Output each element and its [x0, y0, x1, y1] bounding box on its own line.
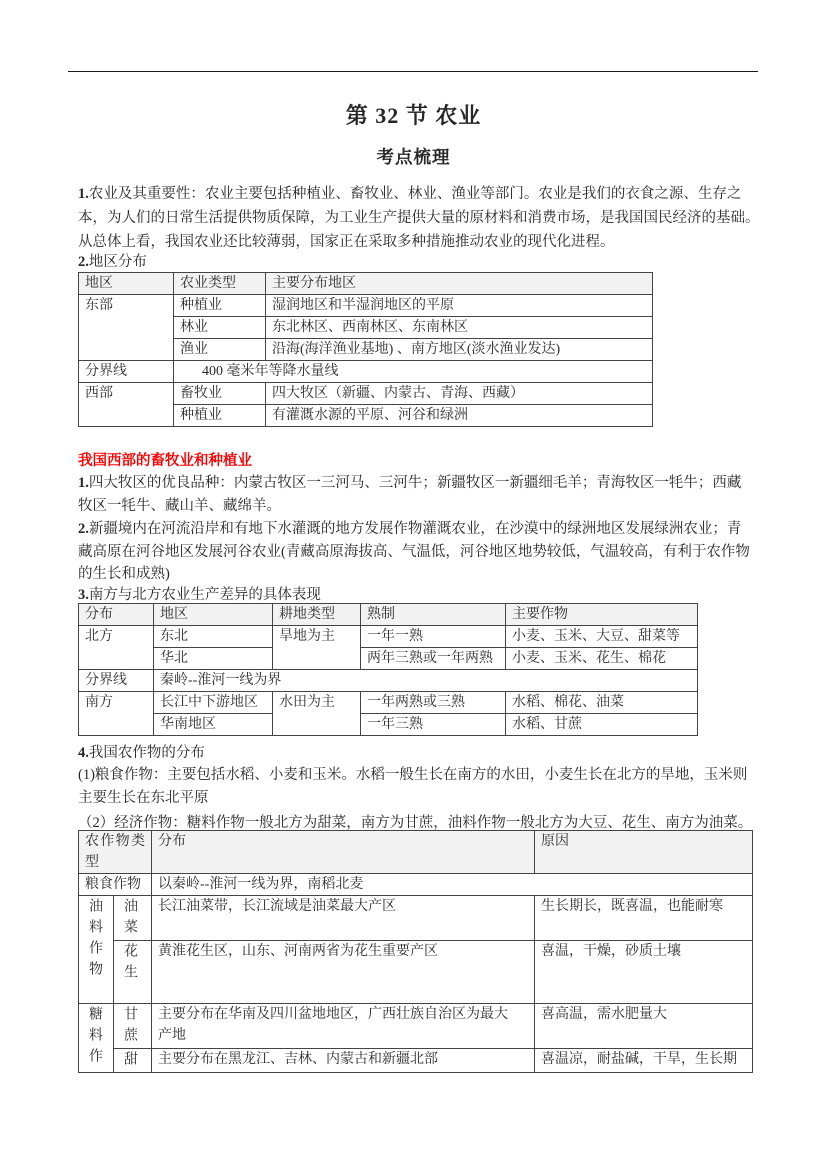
table-cell: 一年一熟 [361, 626, 506, 648]
section-3-label: 南方与北方农业生产差异的具体表现 [89, 587, 321, 603]
table-cell: 主要分布在黑龙江、吉林、内蒙古和新疆北部 [152, 1049, 535, 1073]
table-cell: 旱地为主 [273, 626, 361, 670]
table-row-divider: 分界线 400 毫米年等降水量线 [79, 361, 653, 383]
list-number: 4. [78, 745, 89, 761]
table-cell: 四大牧区（新疆、内蒙古、青海、西藏） [266, 383, 653, 405]
table-cell: 甜 [114, 1049, 152, 1073]
table-cell: 有灌溉水源的平原、河谷和绿洲 [266, 405, 653, 427]
section-title-exam-points: 考点梳理 [0, 144, 827, 169]
header-rule [68, 71, 758, 72]
table-row: 花生 黄淮花生区，山东、河南两省为花生重要产区 喜温，干燥，砂质土壤 [79, 941, 753, 1004]
list-number: 2. [78, 521, 89, 537]
table-row: 南方 长江中下游地区 水田为主 一年两熟或三熟 水稻、棉花、油菜 [79, 692, 698, 714]
table-cell: 一年两熟或三熟 [361, 692, 506, 714]
list-number: 2. [78, 254, 89, 270]
section-4-label: 我国农作物的分布 [89, 745, 205, 761]
table-cell: 长江中下游地区 [154, 692, 273, 714]
table-cell: 两年三熟或一年两熟 [361, 648, 506, 670]
table-cell: 水田为主 [273, 692, 361, 736]
header-cell: 主要作物 [506, 604, 698, 626]
table-cell: 400 毫米年等降水量线 [174, 361, 653, 383]
table-row: 糖料作 甘蔗 主要分布在华南及四川盆地地区，广西壮族自治区为最大 产地 喜高温，… [79, 1004, 753, 1049]
table-cell: 小麦、玉米、大豆、甜菜等 [506, 626, 698, 648]
west-paragraph-1: 1.四大牧区的优良品种：内蒙古牧区一三河马、三河牛；新疆牧区一新疆细毛羊；青海牧… [78, 472, 778, 518]
region-cell-east: 东部 [79, 295, 174, 361]
table-cell: 华北 [154, 648, 273, 670]
header-cell: 分布 [79, 604, 154, 626]
header-cell: 主要分布地区 [266, 273, 653, 295]
table-cell: 东北林区、西南林区、东南林区 [266, 317, 653, 339]
region-cell-west: 西部 [79, 383, 174, 427]
table-row: 北方 东北 旱地为主 一年一熟 小麦、玉米、大豆、甜菜等 [79, 626, 698, 648]
header-cell: 熟制 [361, 604, 506, 626]
region-cell-north: 北方 [79, 626, 154, 670]
table-cell: 一年三熟 [361, 714, 506, 736]
crop-category-sugar: 糖料作 [79, 1004, 114, 1073]
table-cell: 小麦、玉米、花生、棉花 [506, 648, 698, 670]
table-cell: 主要分布在华南及四川盆地地区，广西壮族自治区为最大 产地 [152, 1004, 535, 1049]
header-cell: 耕地类型 [273, 604, 361, 626]
list-number: 1. [78, 475, 89, 491]
section-4-heading: 4.我国农作物的分布 [78, 741, 778, 765]
region-cell-south: 南方 [79, 692, 154, 736]
table-cell: 种植业 [174, 295, 266, 317]
table-cell: 华南地区 [154, 714, 273, 736]
list-number: 3. [78, 587, 89, 603]
section-2-heading: 2.地区分布 [78, 250, 778, 274]
header-cell: 地区 [154, 604, 273, 626]
table-cell: 畜牧业 [174, 383, 266, 405]
table-cell: 湿润地区和半湿润地区的平原 [266, 295, 653, 317]
north-south-farming-table: 分布 地区 耕地类型 熟制 主要作物 北方 东北 旱地为主 一年一熟 小麦、玉米… [78, 603, 698, 736]
table-cell: 以秦岭--淮河一线为界，南稻北麦 [152, 874, 753, 896]
table-cell: 长江油菜带，长江流域是油菜最大产区 [152, 896, 535, 941]
table-cell: 水稻、棉花、油菜 [506, 692, 698, 714]
header-cell: 分布 [152, 831, 535, 874]
crop-distribution-table: 农作物类型 分布 原因 粮食作物 以秦岭--淮河一线为界，南稻北麦 油料作物 油… [78, 830, 753, 1073]
table-row: 甜 主要分布在黑龙江、吉林、内蒙古和新疆北部 喜温凉，耐盐碱，干旱，生长期 [79, 1049, 753, 1073]
west-paragraph-2: 2.新疆境内在河流沿岸和有地下水灌溉的地方发展作物灌溉农业，在沙漠中的绿洲地区发… [78, 518, 778, 586]
table-cell: 喜高温，需水肥量大 [535, 1004, 753, 1049]
west-text-2: 新疆境内在河流沿岸和有地下水灌溉的地方发展作物灌溉农业，在沙漠中的绿洲地区发展绿… [78, 521, 750, 582]
table-row: 粮食作物 以秦岭--淮河一线为界，南稻北麦 [79, 874, 753, 896]
header-cell: 农作物类型 [79, 831, 152, 874]
table-cell: 水稻、甘蔗 [506, 714, 698, 736]
table-cell: 渔业 [174, 339, 266, 361]
table-header-row: 农作物类型 分布 原因 [79, 831, 753, 874]
intro-text: 农业及其重要性：农业主要包括种植业、畜牧业、林业、渔业等部门。农业是我们的衣食之… [78, 186, 760, 250]
table-cell: 粮食作物 [79, 874, 152, 896]
list-number: 1. [78, 186, 89, 202]
section-2-label: 地区分布 [89, 254, 147, 270]
header-cell: 原因 [535, 831, 753, 874]
table-cell: 秦岭--淮河一线为界 [154, 670, 698, 692]
header-cell: 地区 [79, 273, 174, 295]
table-cell: 沿海(海洋渔业基地) 、南方地区(淡水渔业发达) [266, 339, 653, 361]
region-distribution-table: 地区 农业类型 主要分布地区 东部 种植业 湿润地区和半湿润地区的平原 林业 东… [78, 272, 653, 427]
table-row: 东部 种植业 湿润地区和半湿润地区的平原 [79, 295, 653, 317]
table-row-divider: 分界线 秦岭--淮河一线为界 [79, 670, 698, 692]
table-cell: 喜温，干燥，砂质土壤 [535, 941, 753, 1004]
table-cell: 分界线 [79, 361, 174, 383]
table-cell: 分界线 [79, 670, 154, 692]
table-cell: 生长期长，既喜温，也能耐寒 [535, 896, 753, 941]
table-cell: 种植业 [174, 405, 266, 427]
table-header-row: 分布 地区 耕地类型 熟制 主要作物 [79, 604, 698, 626]
table-cell: 东北 [154, 626, 273, 648]
table-cell: 黄淮花生区，山东、河南两省为花生重要产区 [152, 941, 535, 1004]
document-page: 第 32 节 农业 考点梳理 1.农业及其重要性：农业主要包括种植业、畜牧业、林… [0, 0, 827, 1169]
table-cell: 喜温凉，耐盐碱，干旱，生长期 [535, 1049, 753, 1073]
header-cell: 农业类型 [174, 273, 266, 295]
table-row: 油料作物 油菜 长江油菜带，长江流域是油菜最大产区 生长期长，既喜温，也能耐寒 [79, 896, 753, 941]
table-row: 西部 畜牧业 四大牧区（新疆、内蒙古、青海、西藏） [79, 383, 653, 405]
table-cell: 甘蔗 [114, 1004, 152, 1049]
table-cell: 林业 [174, 317, 266, 339]
west-text-1: 四大牧区的优良品种：内蒙古牧区一三河马、三河牛；新疆牧区一新疆细毛羊；青海牧区一… [78, 475, 741, 514]
page-title: 第 32 节 农业 [0, 99, 827, 130]
red-subheading: 我国西部的畜牧业和种植业 [78, 449, 778, 470]
intro-paragraph: 1.农业及其重要性：农业主要包括种植业、畜牧业、林业、渔业等部门。农业是我们的衣… [78, 182, 778, 254]
table-row: 华南地区 一年三熟 水稻、甘蔗 [79, 714, 698, 736]
table-row: 华北 两年三熟或一年两熟 小麦、玉米、花生、棉花 [79, 648, 698, 670]
crop-category-oil: 油料作物 [79, 896, 114, 1004]
table-cell: 花生 [114, 941, 152, 1004]
table-cell: 油菜 [114, 896, 152, 941]
table-header-row: 地区 农业类型 主要分布地区 [79, 273, 653, 295]
grain-crops-paragraph: (1)粮食作物：主要包括水稻、小麦和玉米。水稻一般生长在南方的水田，小麦生长在北… [78, 764, 778, 810]
